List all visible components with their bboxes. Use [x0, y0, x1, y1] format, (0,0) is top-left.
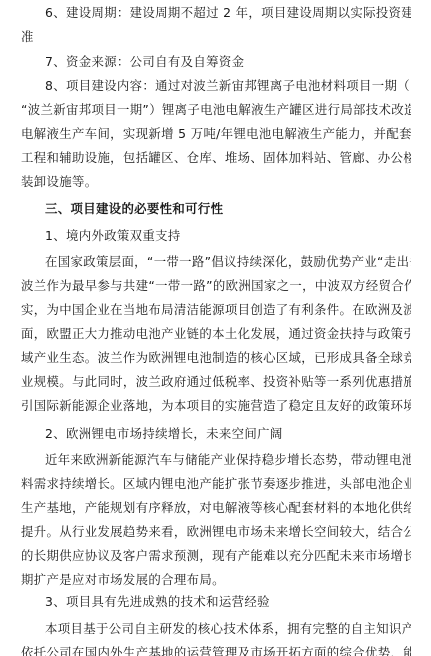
text-line: 提升。从行业发展趋势来看，欧洲锂电市场未来增长空间较大，结合公司已签订	[21, 524, 411, 540]
text-line: 近年来欧洲新能源汽车与储能产业保持稳步增长态势，带动锂电池及核心材	[45, 452, 411, 468]
text-line: 本项目基于公司自主研发的核心技术体系，拥有完整的自主知识产权。同时，	[45, 621, 411, 637]
text-line: 业规模。与此同时，波兰政府通过低税率、投资补贴等一系列优惠措施，积极吸	[21, 374, 411, 390]
text-line: 1、境内外政策双重支持	[45, 228, 411, 244]
text-line: 面，欧盟正大力推动电池产业链的本土化发展，通过资金扶持与政策引导构建区	[21, 326, 411, 342]
text-line: 装卸设施等。	[21, 174, 411, 190]
text-line: 期扩产是应对市场发展的合理布局。	[21, 572, 411, 588]
text-line: “波兰新宙邦项目一期”）锂离子电池电解液生产罐区进行局部技术改造，新建	[21, 102, 411, 118]
text-line: 电解液生产车间，实现新增 5 万吨/年锂电池电解液生产能力，并配套建设公用	[21, 126, 411, 142]
text-line: 3、项目具有先进成熟的技术和运营经验	[45, 594, 411, 610]
section-heading: 三、项目建设的必要性和可行性	[45, 201, 411, 217]
text-line: 生产基地，产能规划有序释放，对电解液等核心配套材料的本地化供给需求持续	[21, 500, 411, 516]
text-line: 8、项目建设内容：通过对波兰新宙邦锂离子电池材料项目一期（以下简称	[45, 78, 411, 94]
text-line: 2、欧洲锂电市场持续增长，未来空间广阔	[45, 426, 411, 442]
text-line: 依托公司在国内外生产基地的运营管理及市场开拓方面的综合优势，能够为项目	[21, 645, 411, 656]
text-line: 工程和辅助设施，包括罐区、仓库、堆场、固体加料站、管廊、办公楼、物流门、	[21, 150, 411, 166]
text-line: 引国际新能源企业落地，为本项目的实施营造了稳定且友好的政策环境。	[21, 398, 411, 414]
text-line: 7、资金来源：公司自有及自筹资金	[45, 54, 411, 70]
text-line: 6、建设周期：建设周期不超过 2 年，项目建设周期以实际投资建设情况为	[45, 5, 411, 21]
text-line: 的长期供应协议及客户需求预测，现有产能难以充分匹配未来市场增长需求，二	[21, 548, 411, 564]
text-line: 实，为中国企业在当地布局清洁能源项目创造了有利条件。在欧洲及波兰本地层	[21, 302, 411, 318]
text-line: 准	[21, 29, 411, 45]
text-line: 料需求持续增长。区域内锂电池产能扩张节奏逐步推进，头部电池企业持续布局	[21, 476, 411, 492]
text-line: 域产业生态。波兰作为欧洲锂电池制造的核心区域，已形成具备全球竞争力的产	[21, 350, 411, 366]
text-line: 在国家政策层面，“一带一路”倡议持续深化，鼓励优势产业“走出去”。	[45, 254, 411, 270]
text-line: 波兰作为最早参与共建“一带一路”的欧洲国家之一，中波双方经贸合作基础扎	[21, 278, 411, 294]
document-page: 6、建设周期：建设周期不超过 2 年，项目建设周期以实际投资建设情况为准7、资金…	[0, 0, 431, 656]
